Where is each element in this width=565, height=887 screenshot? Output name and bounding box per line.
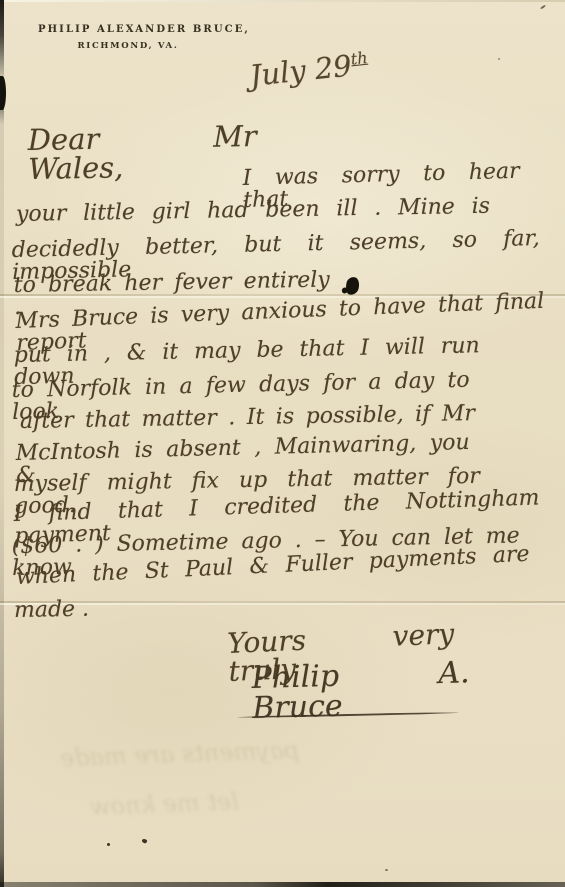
body-line: after that matter . It is possible, if M…: [20, 403, 475, 433]
date-text: July 29: [248, 48, 353, 92]
bleed-through-text: payments are made: [60, 736, 300, 772]
paper-speck: [540, 4, 546, 9]
scan-edge-bottom: [0, 882, 565, 887]
body-line: your little girl had been ill . Mine is: [16, 196, 490, 226]
letterhead: PHILIP ALEXANDER BRUCE, RICHMOND, VA.: [38, 24, 218, 51]
letter-page: PHILIP ALEXANDER BRUCE, RICHMOND, VA. Ju…: [0, 0, 565, 887]
paper-speck: [498, 58, 500, 60]
date-ordinal: th: [350, 48, 369, 69]
paper-speck: [107, 843, 110, 846]
bleed-through-text: let me know: [90, 787, 240, 820]
letterhead-name: PHILIP ALEXANDER BRUCE,: [38, 24, 218, 35]
letter-date: July 29th: [248, 50, 369, 91]
salutation: Dear Mr Wales,: [27, 122, 257, 184]
scan-edge-top: [0, 0, 565, 2]
paper-speck: [385, 869, 388, 871]
paper-speck: [141, 838, 147, 844]
letterhead-location: RICHMOND, VA.: [38, 41, 218, 51]
scan-edge-blob: [0, 76, 6, 110]
body-line: made .: [14, 599, 89, 622]
scan-edge-left: [0, 0, 4, 887]
